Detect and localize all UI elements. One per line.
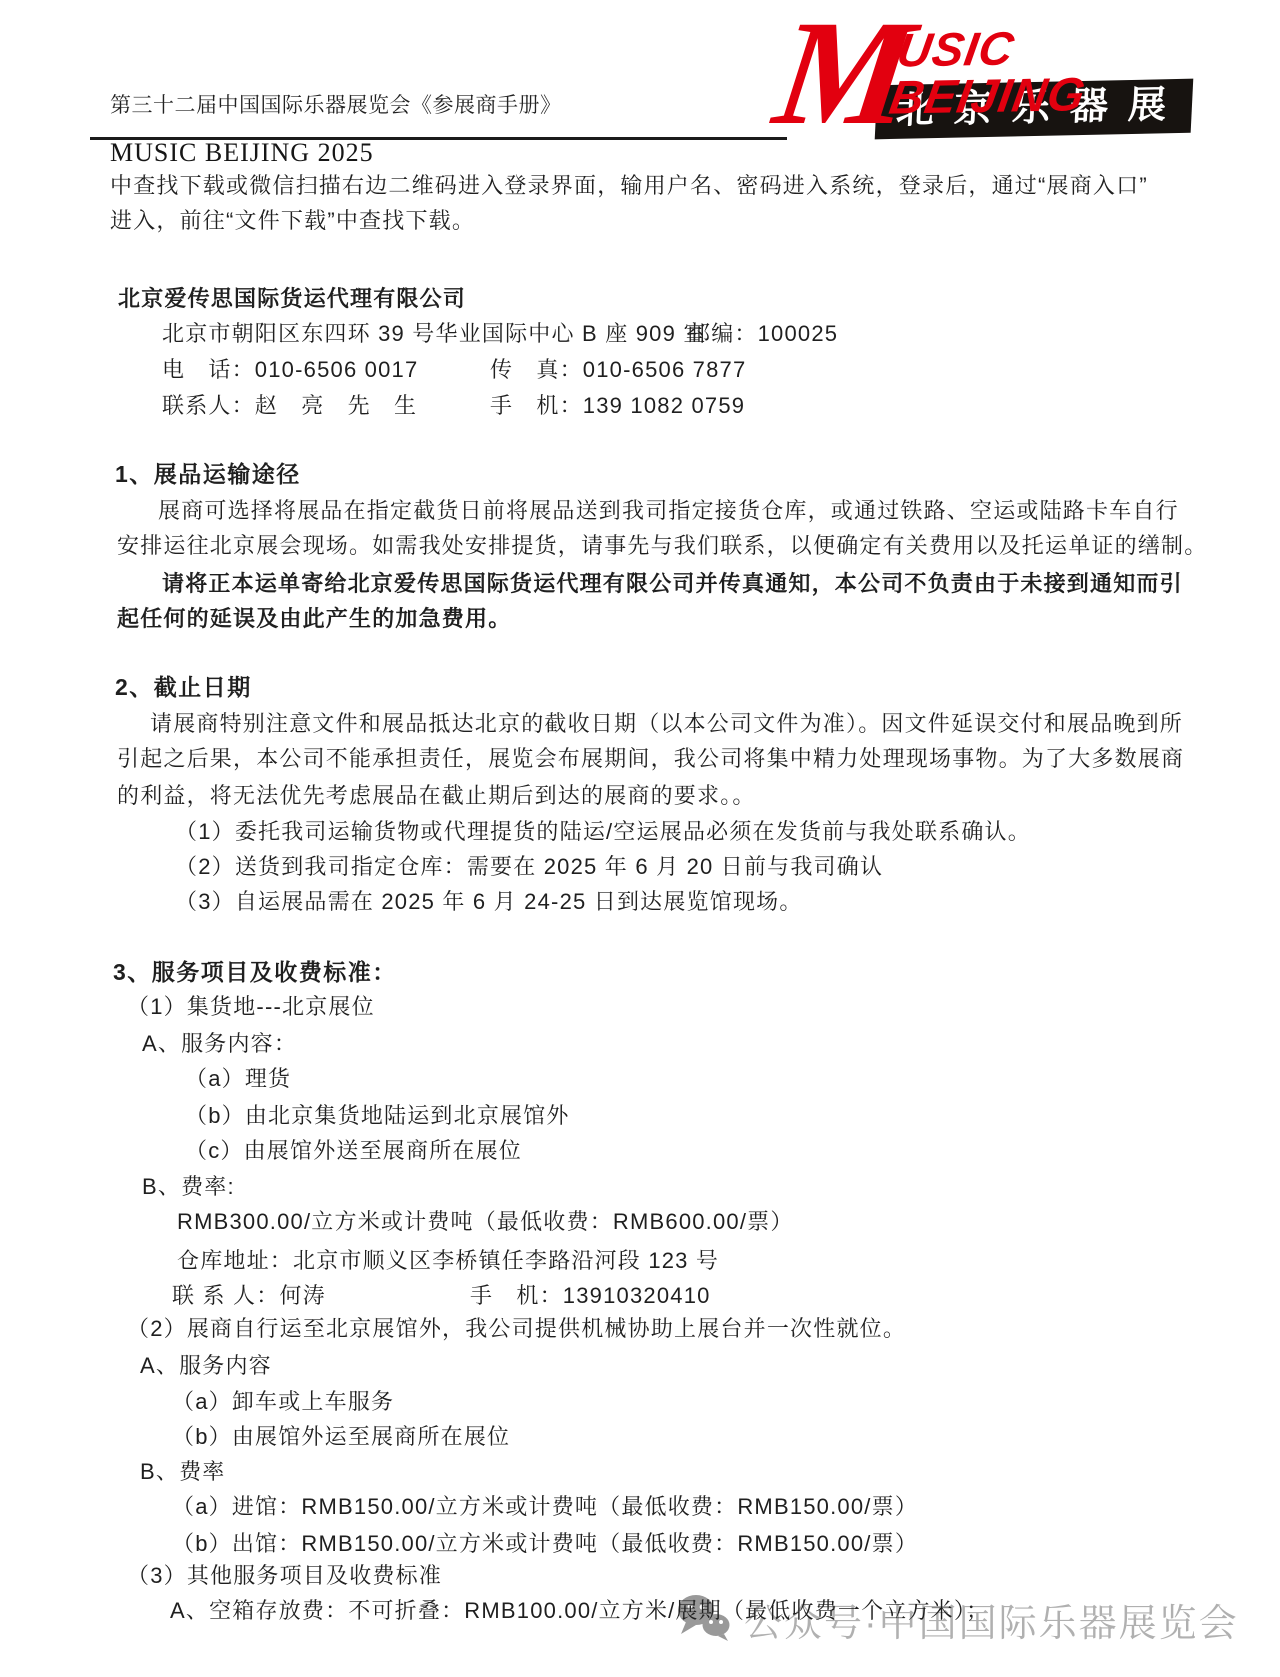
company-contact: 联系人：赵 亮 先 生	[162, 392, 417, 420]
shipping-notice-line-2: 起任何的延误及由此产生的加急费用。	[117, 605, 511, 633]
group2-rate-title: B、费率	[140, 1458, 225, 1486]
deadline-para-line-3: 的利益，将无法优先考虑展品在截止期后到达的展商的要求。。	[117, 782, 756, 810]
section3-heading: 3、服务项目及收费标准：	[113, 958, 397, 986]
group1-service-c: （c）由展馆外送至展商所在展位	[185, 1137, 522, 1165]
group2-service-a: （a）卸车或上车服务	[172, 1388, 394, 1416]
group2-service-b: （b）由展馆外运至展商所在展位	[172, 1423, 510, 1451]
service-group1-title: （1）集货地---北京展位	[127, 993, 375, 1021]
deadline-para-line-2: 引起之后果，本公司不能承担责任，展览会布展期间，我公司将集中精力处理现场事物。为…	[117, 745, 1184, 773]
group2-rate-b: （b）出馆：RMB150.00/立方米或计费吨（最低收费：RMB150.00/票…	[172, 1530, 918, 1558]
deadline-item-1: （1）委托我司运输货物或代理提货的陆运/空运展品必须在发货前与我处联系确认。	[175, 818, 1031, 846]
group1-warehouse-address: 仓库地址：北京市顺义区李桥镇任李路沿河段 123 号	[177, 1247, 719, 1275]
company-postcode: 邮编：100025	[688, 320, 838, 348]
group1-services-title: A、服务内容：	[142, 1030, 297, 1058]
group1-rate-title: B、费率:	[142, 1173, 235, 1201]
section1-para-line-2: 安排运往北京展会现场。如需我处安排提货，请事先与我们联系，以便确定有关费用以及托…	[117, 532, 1207, 560]
section1-para-line-1: 展商可选择将展品在指定截货日前将展品送到我司指定接货仓库，或通过铁路、空运或陆路…	[158, 497, 1179, 525]
group2-rate-a: （a）进馆：RMB150.00/立方米或计费吨（最低收费：RMB150.00/票…	[172, 1493, 918, 1521]
shipping-notice-line-1: 请将正本运单寄给北京爱传思国际货运代理有限公司并传真通知，本公司不负责由于未接到…	[162, 570, 1183, 598]
company-address: 北京市朝阳区东四环 39 号华业国际中心 B 座 909 室	[162, 320, 707, 348]
music-beijing-logo: M USIC BEIJING 北京乐器展	[782, 18, 1186, 142]
group2-services-title: A、服务内容	[140, 1352, 272, 1380]
intro-line-2: 进入，前往“文件下载”中查找下载。	[110, 207, 475, 235]
document-page: 第三十二届中国国际乐器展览会《参展商手册》 MUSIC BEIJING 2025…	[0, 0, 1280, 1677]
group1-mobile: 手 机：13910320410	[470, 1282, 711, 1310]
company-name: 北京爱传思国际货运代理有限公司	[118, 285, 466, 313]
company-fax: 传 真：010-6506 7877	[490, 356, 746, 384]
service-group3-title: （3）其他服务项目及收费标准	[127, 1562, 442, 1590]
logo-wordmark: USIC BEIJING	[887, 21, 1194, 120]
company-mobile: 手 机：139 1082 0759	[490, 392, 745, 420]
deadline-item-2: （2）送货到我司指定仓库：需要在 2025 年 6 月 20 日前与我司确认	[175, 853, 883, 881]
empty-case-fee: A、空箱存放费：不可折叠：RMB100.00/立方米/展期（最低收费一个立方米）…	[170, 1597, 989, 1625]
group1-service-a: （a）理货	[185, 1065, 291, 1093]
section2-heading: 2、截止日期	[115, 673, 252, 701]
deadline-para-line-1: 请展商特别注意文件和展品抵达北京的截收日期（以本公司文件为准）。因文件延误交付和…	[150, 710, 1183, 738]
edition-heading: MUSIC BEIJING 2025	[110, 139, 374, 167]
section1-heading: 1、展品运输途径	[115, 460, 301, 488]
page-title: 第三十二届中国国际乐器展览会《参展商手册》	[110, 92, 562, 120]
logo-letter-m-icon: M	[767, 0, 921, 148]
deadline-item-3: （3）自运展品需在 2025 年 6 月 24-25 日到达展览馆现场。	[175, 888, 803, 916]
group1-contact: 联 系 人：何涛	[172, 1282, 326, 1310]
group1-service-b: （b）由北京集货地陆运到北京展馆外	[185, 1102, 570, 1130]
service-group2-title: （2）展商自行运至北京展馆外，我公司提供机械协助上展台并一次性就位。	[127, 1315, 906, 1343]
company-phone: 电 话：010-6506 0017	[162, 356, 418, 384]
intro-line-1: 中查找下载或微信扫描右边二维码进入登录界面，输用户名、密码进入系统，登录后，通过…	[110, 172, 1148, 200]
group1-rate: RMB300.00/立方米或计费吨（最低收费：RMB600.00/票）	[177, 1208, 794, 1236]
